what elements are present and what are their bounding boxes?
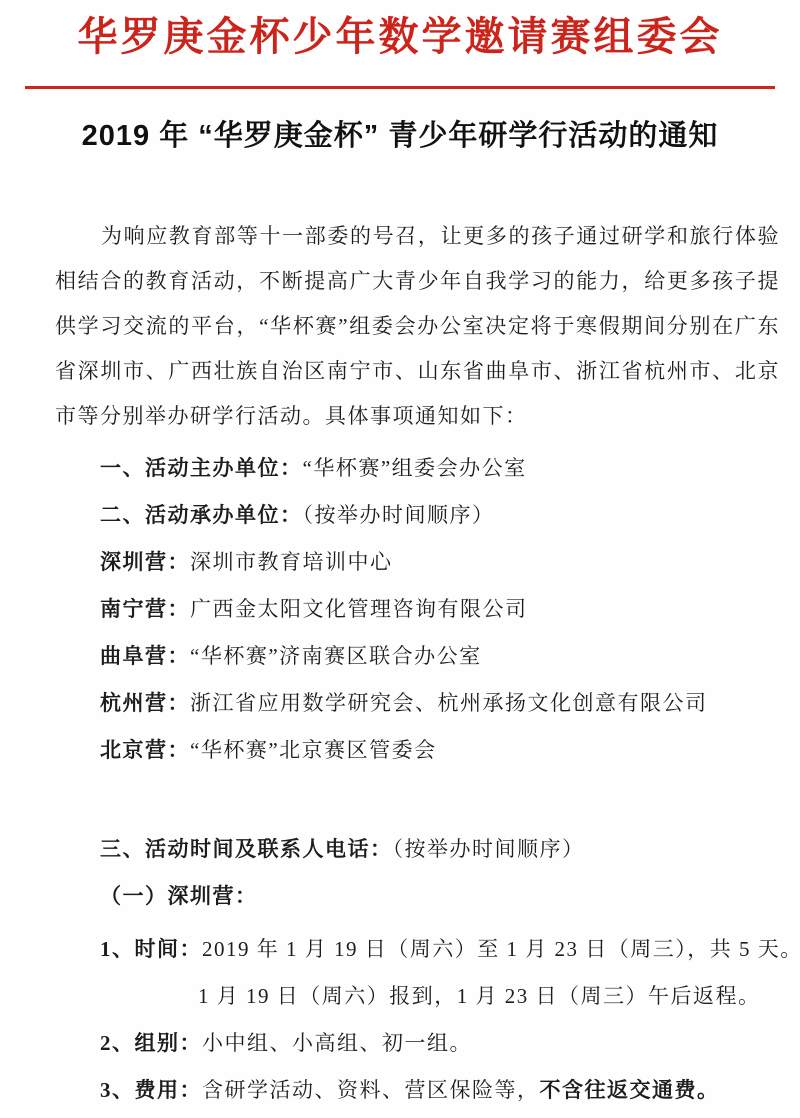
groups-value: 小中组、小高组、初一组。 (202, 1031, 472, 1055)
time-continuation-value: 1 月 19 日（周六）报到，1 月 23 日（周三）午后返程。 (198, 984, 761, 1008)
organizer-heading-line: 二、活动承办单位：（按举办时间顺序） (55, 492, 780, 539)
camp-label: 南宁营： (100, 597, 190, 621)
camp-value: 深圳市教育培训中心 (190, 550, 393, 574)
camp-line-beijing: 北京营：“华杯赛”北京赛区管委会 (55, 727, 780, 774)
shenzhen-camp-heading-label: （一）深圳营： (100, 884, 258, 908)
organizer-heading-note: （按举办时间顺序） (303, 503, 495, 527)
time-value: 2019 年 1 月 19 日（周六）至 1 月 23 日（周三），共 5 天。 (202, 937, 800, 961)
fee-label: 3、费用： (100, 1078, 202, 1102)
fee-value-emphasis: 不含往返交通费。 (540, 1078, 720, 1102)
camp-line-shenzhen: 深圳营：深圳市教育培训中心 (55, 539, 780, 586)
host-unit-label: 一、活动主办单位： (100, 456, 303, 480)
camp-value: “华杯赛”北京赛区管委会 (190, 738, 437, 762)
document-title: 2019 年 “华罗庚金杯” 青少年研学行活动的通知 (0, 119, 800, 153)
camp-label: 北京营： (100, 738, 190, 762)
camp-value: 浙江省应用数学研究会、杭州承扬文化创意有限公司 (190, 691, 708, 715)
host-unit-value: “华杯赛”组委会办公室 (303, 456, 527, 480)
time-continuation-line: 1 月 19 日（周六）报到，1 月 23 日（周三）午后返程。 (55, 973, 780, 1020)
camp-label: 杭州营： (100, 691, 190, 715)
intro-paragraph: 为响应教育部等十一部委的号召，让更多的孩子通过研学和旅行体验相结合的教育活动，不… (55, 214, 780, 439)
camp-value: “华杯赛”济南赛区联合办公室 (190, 644, 482, 668)
groups-line: 2、组别：小中组、小高组、初一组。 (55, 1020, 780, 1067)
shenzhen-camp-heading: （一）深圳营： (55, 873, 780, 920)
org-header-title: 华罗庚金杯少年数学邀请赛组委会 (0, 0, 800, 62)
schedule-heading-note: （按举办时间顺序） (393, 837, 585, 861)
camp-label: 深圳营： (100, 550, 190, 574)
time-label: 1、时间： (100, 937, 202, 961)
schedule-heading-line: 三、活动时间及联系人电话：（按举办时间顺序） (55, 826, 780, 873)
organizer-heading-label: 二、活动承办单位： (100, 503, 303, 527)
fee-line: 3、费用：含研学活动、资料、营区保险等，不含往返交通费。 (55, 1067, 780, 1114)
camp-value: 广西金太阳文化管理咨询有限公司 (190, 597, 528, 621)
fee-value: 含研学活动、资料、营区保险等， (202, 1078, 540, 1102)
time-line: 1、时间：2019 年 1 月 19 日（周六）至 1 月 23 日（周三），共… (55, 926, 780, 973)
camp-label: 曲阜营： (100, 644, 190, 668)
schedule-heading-label: 三、活动时间及联系人电话： (100, 837, 393, 861)
groups-label: 2、组别： (100, 1031, 202, 1055)
document-body: 为响应教育部等十一部委的号召，让更多的孩子通过研学和旅行体验相结合的教育活动，不… (55, 214, 780, 1114)
document-page: 华罗庚金杯少年数学邀请赛组委会 2019 年 “华罗庚金杯” 青少年研学行活动的… (0, 0, 800, 1118)
camp-line-hangzhou: 杭州营：浙江省应用数学研究会、杭州承扬文化创意有限公司 (55, 680, 780, 727)
header-rule (25, 86, 775, 89)
camp-line-nanning: 南宁营：广西金太阳文化管理咨询有限公司 (55, 586, 780, 633)
host-unit-line: 一、活动主办单位：“华杯赛”组委会办公室 (55, 445, 780, 492)
camp-line-qufu: 曲阜营：“华杯赛”济南赛区联合办公室 (55, 633, 780, 680)
